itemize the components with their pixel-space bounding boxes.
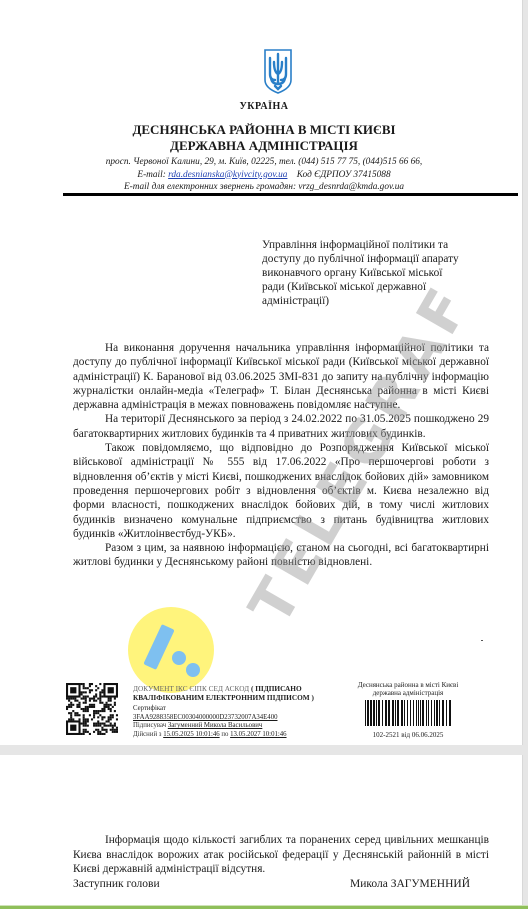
signer-name: Микола ЗАГУМЕННИЙ [350,878,470,890]
signer-position: Заступник голови [73,878,160,890]
address-line: просп. Червоної Калини, 29, м. Київ, 022… [0,156,528,169]
letter-body: На виконання доручення начальника управл… [73,341,489,570]
org-name-line2: ДЕРЖАВНА АДМІНІСТРАЦІЯ [0,138,528,154]
stray-mark [481,640,483,641]
body-paragraph: Також повідомляємо, що відповідно до Роз… [73,441,489,541]
citizen-email-line: E-mail для електронних звернень громадян… [0,181,528,194]
country-name: УКРАЇНА [0,101,528,112]
stamp-title: ДОКУМЕНТ ІКС ЄІПК СЕД АСКОД ( ПІДПИСАНО … [133,684,353,702]
email-link[interactable]: rda.desnianska@kyivcity.gov.ua [168,170,287,180]
contact-block: просп. Червоної Калини, 29, м. Київ, 022… [0,156,528,194]
registration-number: 102-2521 від 06.06.2025 [354,731,462,739]
registration-box: Деснянська районна в місті Києві державн… [354,681,462,740]
body-paragraph: На виконання доручення начальника управл… [73,341,489,412]
email-line: E-mail: rda.desnianska@kyivcity.gov.ua К… [0,169,528,182]
email-label: E-mail: [137,170,168,180]
validity-line: Дійсний з 15.05.2025 10:01:46 по 13.05.2… [133,731,353,740]
addressee-line: ради (Київської міської державної [262,280,492,294]
edrpou-code: Код ЄДРПОУ 37415088 [297,170,391,180]
page2-body: Інформація щодо кількості загиблих та по… [73,833,489,877]
body-paragraph: На території Деснянського за період з 24… [73,412,489,441]
body-paragraph: Разом з цим, за наявною інформацією, ста… [73,541,489,570]
cert-value: 3FAA9288358EC00304000000D23732007A34E400 [133,714,353,723]
qr-code-icon[interactable] [66,683,118,735]
trident-coat-of-arms-icon [263,48,293,94]
barcode-icon [364,700,452,726]
addressee-block: Управління інформаційної політики та дос… [262,238,492,308]
signer-line: Підписувач Загуменний Микола Васильович [133,722,353,731]
addressee-line: доступу до публічної інформації апарату [262,252,492,266]
addressee-line: адміністрації) [262,294,492,308]
bottom-accent-line [0,905,528,909]
addressee-line: Управління інформаційної політики та [262,238,492,252]
cert-label: Сертифікат [133,705,353,714]
header-divider [63,193,518,196]
telegraf-logo-icon [128,607,214,693]
body-paragraph: Інформація щодо кількості загиблих та по… [73,833,489,877]
registration-org: Деснянська районна в місті Києві державн… [354,681,462,698]
org-name-line1: ДЕСНЯНСЬКА РАЙОННА В МІСТІ КИЄВІ [0,122,528,138]
addressee-line: виконавчого органу Київської міської [262,266,492,280]
e-signature-stamp: ДОКУМЕНТ ІКС ЄІПК СЕД АСКОД ( ПІДПИСАНО … [133,684,353,739]
